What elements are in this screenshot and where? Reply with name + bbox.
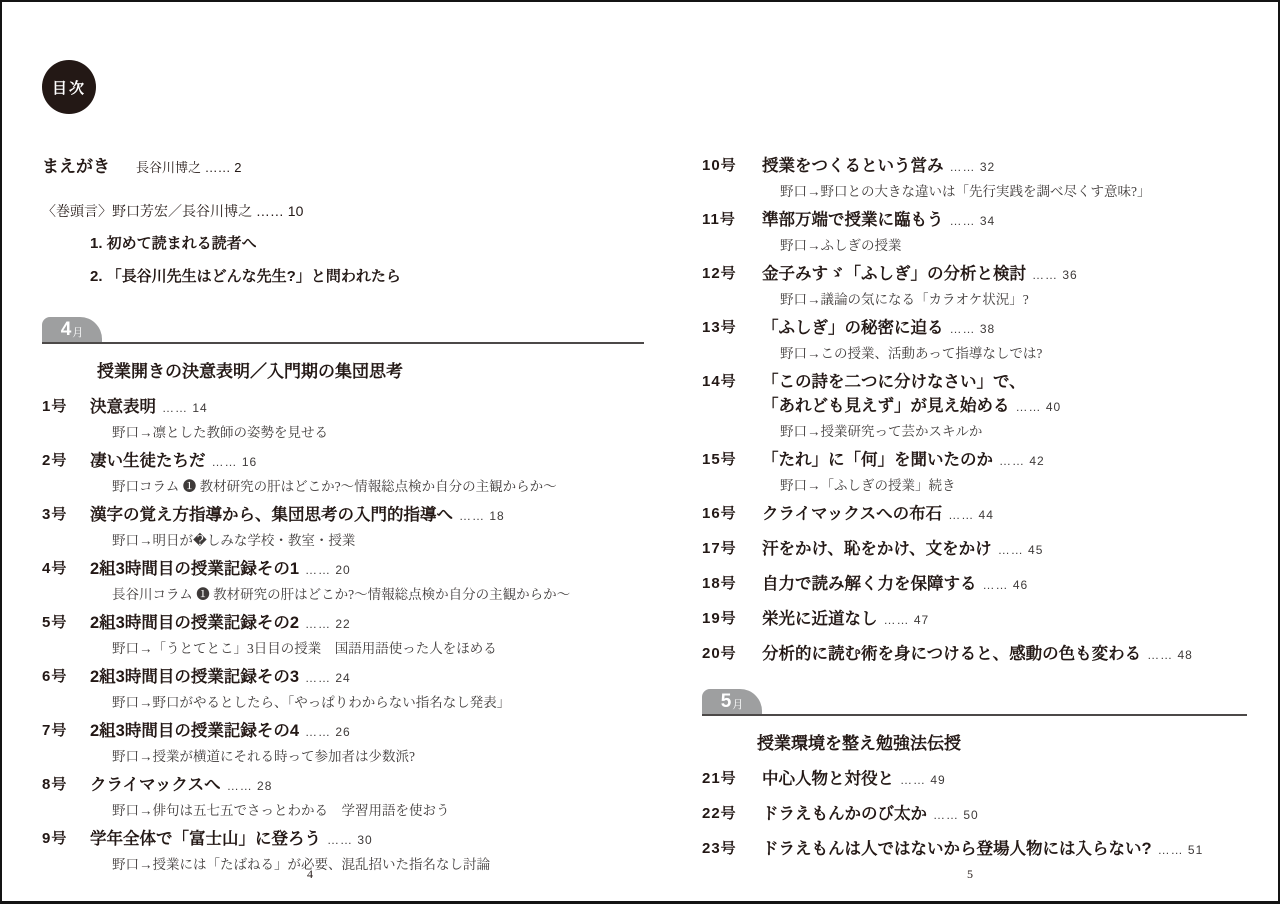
- entry-page-ref: …… 38: [950, 322, 996, 336]
- toc-entry: 1号決意表明…… 14野口→凛とした教師の姿勢を見せる: [42, 395, 644, 443]
- entry-page-ref: …… 45: [998, 543, 1044, 557]
- toc-entry-list-may: 21号中心人物と対役と…… 4922号ドラえもんかのび太か…… 5023号ドラえ…: [702, 767, 1247, 862]
- entry-number: 16号: [702, 502, 762, 526]
- entry-page-ref: …… 51: [1158, 843, 1204, 857]
- entry-title-block: 中心人物と対役と…… 49: [762, 767, 946, 792]
- entry-page-ref: …… 16: [212, 455, 258, 469]
- toc-entry: 23号ドラえもんは人ではないから登場人物には入らない?…… 51: [702, 837, 1247, 862]
- month-suffix: 月: [732, 696, 743, 712]
- entry-title: 「たれ」に「何」を聞いたのか: [762, 451, 993, 469]
- entry-subtitle: 野口→授業研究って芸かスキルか: [780, 422, 1247, 442]
- entry-subtitle: 野口→「うとてとこ」3日目の授業 国語用語使った人をほめる: [112, 639, 644, 659]
- entry-title-block: 準部万端で授業に臨もう…… 34: [762, 208, 995, 233]
- entry-number: 19号: [702, 607, 762, 631]
- entry-number: 4号: [42, 557, 90, 581]
- entry-page-ref: …… 18: [459, 509, 505, 523]
- toc-entry: 21号中心人物と対役と…… 49: [702, 767, 1247, 792]
- entry-number: 14号: [702, 370, 762, 394]
- entry-number: 22号: [702, 802, 762, 826]
- entry-page-ref: …… 32: [950, 160, 996, 174]
- toc-entry: 18号自力で読み解く力を保障する…… 46: [702, 572, 1247, 597]
- entry-title: 準部万端で授業に臨もう: [762, 211, 944, 229]
- book-spread: 目次 まえがき 長谷川博之 …… 2 〈巻頭言〉野口芳宏／長谷川博之 …… 10…: [0, 0, 1280, 904]
- entry-page-ref: …… 20: [305, 563, 351, 577]
- entry-title: 「この詩を二つに分けなさい」で、: [762, 373, 1026, 391]
- toc-entry: 22号ドラえもんかのび太か…… 50: [702, 802, 1247, 827]
- entry-page-ref: …… 47: [884, 613, 930, 627]
- entry-title: 決意表明: [90, 398, 156, 416]
- month-number: 5: [721, 692, 732, 711]
- entry-number: 6号: [42, 665, 90, 689]
- entry-title: 2組3時間目の授業記録その1: [90, 560, 299, 578]
- entry-number: 18号: [702, 572, 762, 596]
- entry-number: 21号: [702, 767, 762, 791]
- month-tab-may: 5 月: [702, 689, 762, 714]
- entry-title: 中心人物と対役と: [762, 770, 894, 788]
- toc-entry-main: 9号学年全体で「富士山」に登ろう…… 30: [42, 827, 644, 852]
- entry-number: 12号: [702, 262, 762, 286]
- entry-subtitle: 野口→野口との大きな違いは「先行実践を調べ尽くす意味?」: [780, 182, 1247, 202]
- entry-title: 2組3時間目の授業記録その2: [90, 614, 299, 632]
- right-page: 10号授業をつくるという営み…… 32野口→野口との大きな違いは「先行実践を調べ…: [702, 2, 1247, 901]
- entry-page-ref: …… 30: [327, 833, 373, 847]
- toc-entry-main: 17号汗をかけ、恥をかけ、文をかけ…… 45: [702, 537, 1247, 562]
- entry-title: 学年全体で「富士山」に登ろう: [90, 830, 321, 848]
- toc-entry-main: 14号「この詩を二つに分けなさい」で、「あれども見えず」が見え始める…… 40: [702, 370, 1247, 419]
- entry-page-ref: …… 49: [900, 773, 946, 787]
- entry-title-block: 決意表明…… 14: [90, 395, 208, 420]
- entry-title: 2組3時間目の授業記録その4: [90, 722, 299, 740]
- toc-entry-main: 4号2組3時間目の授業記録その1…… 20: [42, 557, 644, 582]
- entry-subtitle: 野口→「ふしぎの授業」続き: [780, 476, 1247, 496]
- entry-subtitle: 野口→授業が横道にそれる時って参加者は少数派?: [112, 747, 644, 767]
- entry-title-block: 「この詩を二つに分けなさい」で、「あれども見えず」が見え始める…… 40: [762, 370, 1061, 419]
- toc-entry-main: 23号ドラえもんは人ではないから登場人物には入らない?…… 51: [702, 837, 1247, 862]
- month-tab-april: 4 月: [42, 317, 102, 342]
- entry-title-block: 2組3時間目の授業記録その1…… 20: [90, 557, 351, 582]
- entry-title-block: 分析的に読む術を身につけると、感動の色も変わる…… 48: [762, 642, 1193, 667]
- section-rule: [702, 714, 1247, 716]
- maegaki-author-page: 長谷川博之 …… 2: [136, 157, 241, 176]
- entry-page-ref: …… 44: [948, 508, 994, 522]
- toc-entry-main: 12号金子みすゞ「ふしぎ」の分析と検討…… 36: [702, 262, 1247, 287]
- toc-entry: 12号金子みすゞ「ふしぎ」の分析と検討…… 36野口→議論の気になる「カラオケ状…: [702, 262, 1247, 310]
- toc-badge-label: 目次: [52, 77, 86, 98]
- entry-page-ref: …… 22: [305, 617, 351, 631]
- toc-entry-main: 19号栄光に近道なし…… 47: [702, 607, 1247, 632]
- toc-entry-main: 11号準部万端で授業に臨もう…… 34: [702, 208, 1247, 233]
- month-number: 4: [61, 320, 72, 339]
- entry-title: 汗をかけ、恥をかけ、文をかけ: [762, 540, 992, 558]
- entry-title-block: 汗をかけ、恥をかけ、文をかけ…… 45: [762, 537, 1043, 562]
- entry-number: 17号: [702, 537, 762, 561]
- month-section-april: 4 月: [42, 317, 644, 344]
- front-matter-item: 1. 初めて読まれる読者へ: [90, 235, 644, 254]
- entry-page-ref: …… 46: [983, 578, 1029, 592]
- toc-entry: 4号2組3時間目の授業記録その1…… 20長谷川コラム ❶ 教材研究の肝はどこか…: [42, 557, 644, 605]
- entry-title-block: 自力で読み解く力を保障する…… 46: [762, 572, 1028, 597]
- entry-page-ref: …… 48: [1147, 648, 1193, 662]
- entry-number: 1号: [42, 395, 90, 419]
- entry-page-ref: …… 34: [950, 214, 996, 228]
- entry-title: 自力で読み解く力を保障する: [762, 575, 977, 593]
- entry-title-block: 「ふしぎ」の秘密に迫る…… 38: [762, 316, 995, 341]
- toc-entry-list-right: 10号授業をつくるという営み…… 32野口→野口との大きな違いは「先行実践を調べ…: [702, 2, 1247, 667]
- toc-entry: 14号「この詩を二つに分けなさい」で、「あれども見えず」が見え始める…… 40野…: [702, 370, 1247, 442]
- entry-number: 8号: [42, 773, 90, 797]
- entry-title-block: 2組3時間目の授業記録その2…… 22: [90, 611, 351, 636]
- entry-subtitle: 野口→議論の気になる「カラオケ状況」?: [780, 290, 1247, 310]
- page-number-left: 4: [307, 867, 313, 882]
- entry-title: ドラえもんかのび太か: [762, 805, 927, 823]
- entry-subtitle: 野口→明日が�しみな学校・教室・授業: [112, 531, 644, 551]
- entry-number: 11号: [702, 208, 762, 232]
- entry-title-line2: 「あれども見えず」が見え始める: [762, 397, 1010, 415]
- toc-entry: 8号クライマックスへ…… 28野口→俳句は五七五でさっとわかる 学習用語を使おう: [42, 773, 644, 821]
- toc-entry: 15号「たれ」に「何」を聞いたのか…… 42野口→「ふしぎの授業」続き: [702, 448, 1247, 496]
- maegaki-label: まえがき: [42, 152, 110, 177]
- toc-entry: 16号クライマックスへの布石…… 44: [702, 502, 1247, 527]
- entry-number: 5号: [42, 611, 90, 635]
- toc-entry: 19号栄光に近道なし…… 47: [702, 607, 1247, 632]
- toc-entry: 11号準部万端で授業に臨もう…… 34野口→ふしぎの授業: [702, 208, 1247, 256]
- entry-subtitle: 野口→凛とした教師の姿勢を見せる: [112, 423, 644, 443]
- toc-entry-main: 10号授業をつくるという営み…… 32: [702, 154, 1247, 179]
- toc-entry-main: 13号「ふしぎ」の秘密に迫る…… 38: [702, 316, 1247, 341]
- entry-subtitle: 野口→俳句は五七五でさっとわかる 学習用語を使おう: [112, 801, 644, 821]
- toc-entry: 9号学年全体で「富士山」に登ろう…… 30野口→授業には「たばねる」が必要、混乱…: [42, 827, 644, 875]
- toc-entry: 5号2組3時間目の授業記録その2…… 22野口→「うとてとこ」3日目の授業 国語…: [42, 611, 644, 659]
- entry-title-block: ドラえもんかのび太か…… 50: [762, 802, 979, 827]
- entry-number: 20号: [702, 642, 762, 666]
- entry-number: 23号: [702, 837, 762, 861]
- maegaki-row: まえがき 長谷川博之 …… 2: [42, 152, 644, 177]
- toc-entry-main: 6号2組3時間目の授業記録その3…… 24: [42, 665, 644, 690]
- entry-title-block: 「たれ」に「何」を聞いたのか…… 42: [762, 448, 1045, 473]
- page-number-right: 5: [967, 867, 973, 882]
- toc-entry-main: 2号凄い生徒たちだ…… 16: [42, 449, 644, 474]
- entry-page-ref: …… 40: [1016, 400, 1062, 414]
- toc-entry: 17号汗をかけ、恥をかけ、文をかけ…… 45: [702, 537, 1247, 562]
- entry-subtitle: 野口→この授業、活動あって指導なしでは?: [780, 344, 1247, 364]
- entry-number: 10号: [702, 154, 762, 178]
- entry-title: 授業をつくるという営み: [762, 157, 944, 175]
- entry-title-block: 2組3時間目の授業記録その4…… 26: [90, 719, 351, 744]
- entry-title-block: 金子みすゞ「ふしぎ」の分析と検討…… 36: [762, 262, 1078, 287]
- toc-entry: 6号2組3時間目の授業記録その3…… 24野口→野口がやるとしたら、「やっぱりわ…: [42, 665, 644, 713]
- entry-title: 栄光に近道なし: [762, 610, 878, 628]
- toc-entry-list-left: 1号決意表明…… 14野口→凛とした教師の姿勢を見せる2号凄い生徒たちだ…… 1…: [42, 395, 644, 875]
- entry-title-block: 漢字の覚え方指導から、集団思考の入門的指導へ…… 18: [90, 503, 505, 528]
- entry-number: 2号: [42, 449, 90, 473]
- section-title-april: 授業開きの決意表明／入門期の集団思考: [97, 357, 644, 382]
- entry-page-ref: …… 24: [305, 671, 351, 685]
- entry-title-block: 学年全体で「富士山」に登ろう…… 30: [90, 827, 373, 852]
- entry-subtitle: 長谷川コラム ❶ 教材研究の肝はどこか?〜情報総点検か自分の主観からか〜: [112, 585, 644, 605]
- toc-entry: 20号分析的に読む術を身につけると、感動の色も変わる…… 48: [702, 642, 1247, 667]
- entry-title-block: 凄い生徒たちだ…… 16: [90, 449, 257, 474]
- entry-number: 9号: [42, 827, 90, 851]
- entry-title: ドラえもんは人ではないから登場人物には入らない?: [762, 840, 1152, 858]
- toc-entry-main: 5号2組3時間目の授業記録その2…… 22: [42, 611, 644, 636]
- toc-entry: 10号授業をつくるという営み…… 32野口→野口との大きな違いは「先行実践を調べ…: [702, 154, 1247, 202]
- toc-entry-main: 15号「たれ」に「何」を聞いたのか…… 42: [702, 448, 1247, 473]
- toc-entry-main: 16号クライマックスへの布石…… 44: [702, 502, 1247, 527]
- entry-title-block: クライマックスへ…… 28: [90, 773, 272, 798]
- toc-entry-main: 3号漢字の覚え方指導から、集団思考の入門的指導へ…… 18: [42, 503, 644, 528]
- front-matter-item: 2. 「長谷川先生はどんな先生?」と問われたら: [90, 268, 644, 287]
- toc-badge: 目次: [42, 60, 96, 114]
- toc-entry-main: 1号決意表明…… 14: [42, 395, 644, 420]
- toc-entry-main: 7号2組3時間目の授業記録その4…… 26: [42, 719, 644, 744]
- entry-title: クライマックスへの布石: [762, 505, 942, 523]
- toc-entry: 13号「ふしぎ」の秘密に迫る…… 38野口→この授業、活動あって指導なしでは?: [702, 316, 1247, 364]
- toc-entry-main: 22号ドラえもんかのび太か…… 50: [702, 802, 1247, 827]
- toc-entry-main: 20号分析的に読む術を身につけると、感動の色も変わる…… 48: [702, 642, 1247, 667]
- toc-entry: 7号2組3時間目の授業記録その4…… 26野口→授業が横道にそれる時って参加者は…: [42, 719, 644, 767]
- entry-title: クライマックスへ: [90, 776, 221, 794]
- entry-number: 15号: [702, 448, 762, 472]
- entry-title: 分析的に読む術を身につけると、感動の色も変わる: [762, 645, 1141, 663]
- entry-number: 3号: [42, 503, 90, 527]
- entry-title-block: 2組3時間目の授業記録その3…… 24: [90, 665, 351, 690]
- month-section-may: 5 月: [702, 689, 1247, 716]
- entry-number: 13号: [702, 316, 762, 340]
- month-suffix: 月: [72, 324, 83, 340]
- entry-page-ref: …… 14: [162, 401, 208, 415]
- entry-title-block: 栄光に近道なし…… 47: [762, 607, 929, 632]
- toc-entry-main: 21号中心人物と対役と…… 49: [702, 767, 1247, 792]
- entry-title: 金子みすゞ「ふしぎ」の分析と検討: [762, 265, 1026, 283]
- entry-page-ref: …… 50: [933, 808, 979, 822]
- entry-page-ref: …… 36: [1032, 268, 1078, 282]
- entry-title: 漢字の覚え方指導から、集団思考の入門的指導へ: [90, 506, 453, 524]
- entry-title: 凄い生徒たちだ: [90, 452, 206, 470]
- entry-title: 「ふしぎ」の秘密に迫る: [762, 319, 944, 337]
- entry-page-ref: …… 26: [305, 725, 351, 739]
- toc-entry-main: 18号自力で読み解く力を保障する…… 46: [702, 572, 1247, 597]
- entry-subtitle: 野口コラム ❶ 教材研究の肝はどこか?〜情報総点検か自分の主観からか〜: [112, 477, 644, 497]
- entry-number: 7号: [42, 719, 90, 743]
- left-page: 目次 まえがき 長谷川博之 …… 2 〈巻頭言〉野口芳宏／長谷川博之 …… 10…: [42, 2, 644, 901]
- section-title-may: 授業環境を整え勉強法伝授: [757, 729, 1247, 754]
- section-rule: [42, 342, 644, 344]
- entry-subtitle: 野口→授業には「たばねる」が必要、混乱招いた指名なし討論: [112, 855, 644, 875]
- entry-title-block: クライマックスへの布石…… 44: [762, 502, 994, 527]
- entry-subtitle: 野口→野口がやるとしたら、「やっぱりわからない指名なし発表」: [112, 693, 644, 713]
- entry-subtitle: 野口→ふしぎの授業: [780, 236, 1247, 256]
- toc-entry: 2号凄い生徒たちだ…… 16野口コラム ❶ 教材研究の肝はどこか?〜情報総点検か…: [42, 449, 644, 497]
- entry-title: 2組3時間目の授業記録その3: [90, 668, 299, 686]
- toc-entry-main: 8号クライマックスへ…… 28: [42, 773, 644, 798]
- entry-page-ref: …… 28: [227, 779, 273, 793]
- toc-entry: 3号漢字の覚え方指導から、集団思考の入門的指導へ…… 18野口→明日が�しみな学…: [42, 503, 644, 551]
- entry-title-block: ドラえもんは人ではないから登場人物には入らない?…… 51: [762, 837, 1203, 862]
- entry-page-ref: …… 42: [999, 454, 1045, 468]
- kantogen-line: 〈巻頭言〉野口芳宏／長谷川博之 …… 10: [42, 201, 644, 221]
- entry-title-block: 授業をつくるという営み…… 32: [762, 154, 995, 179]
